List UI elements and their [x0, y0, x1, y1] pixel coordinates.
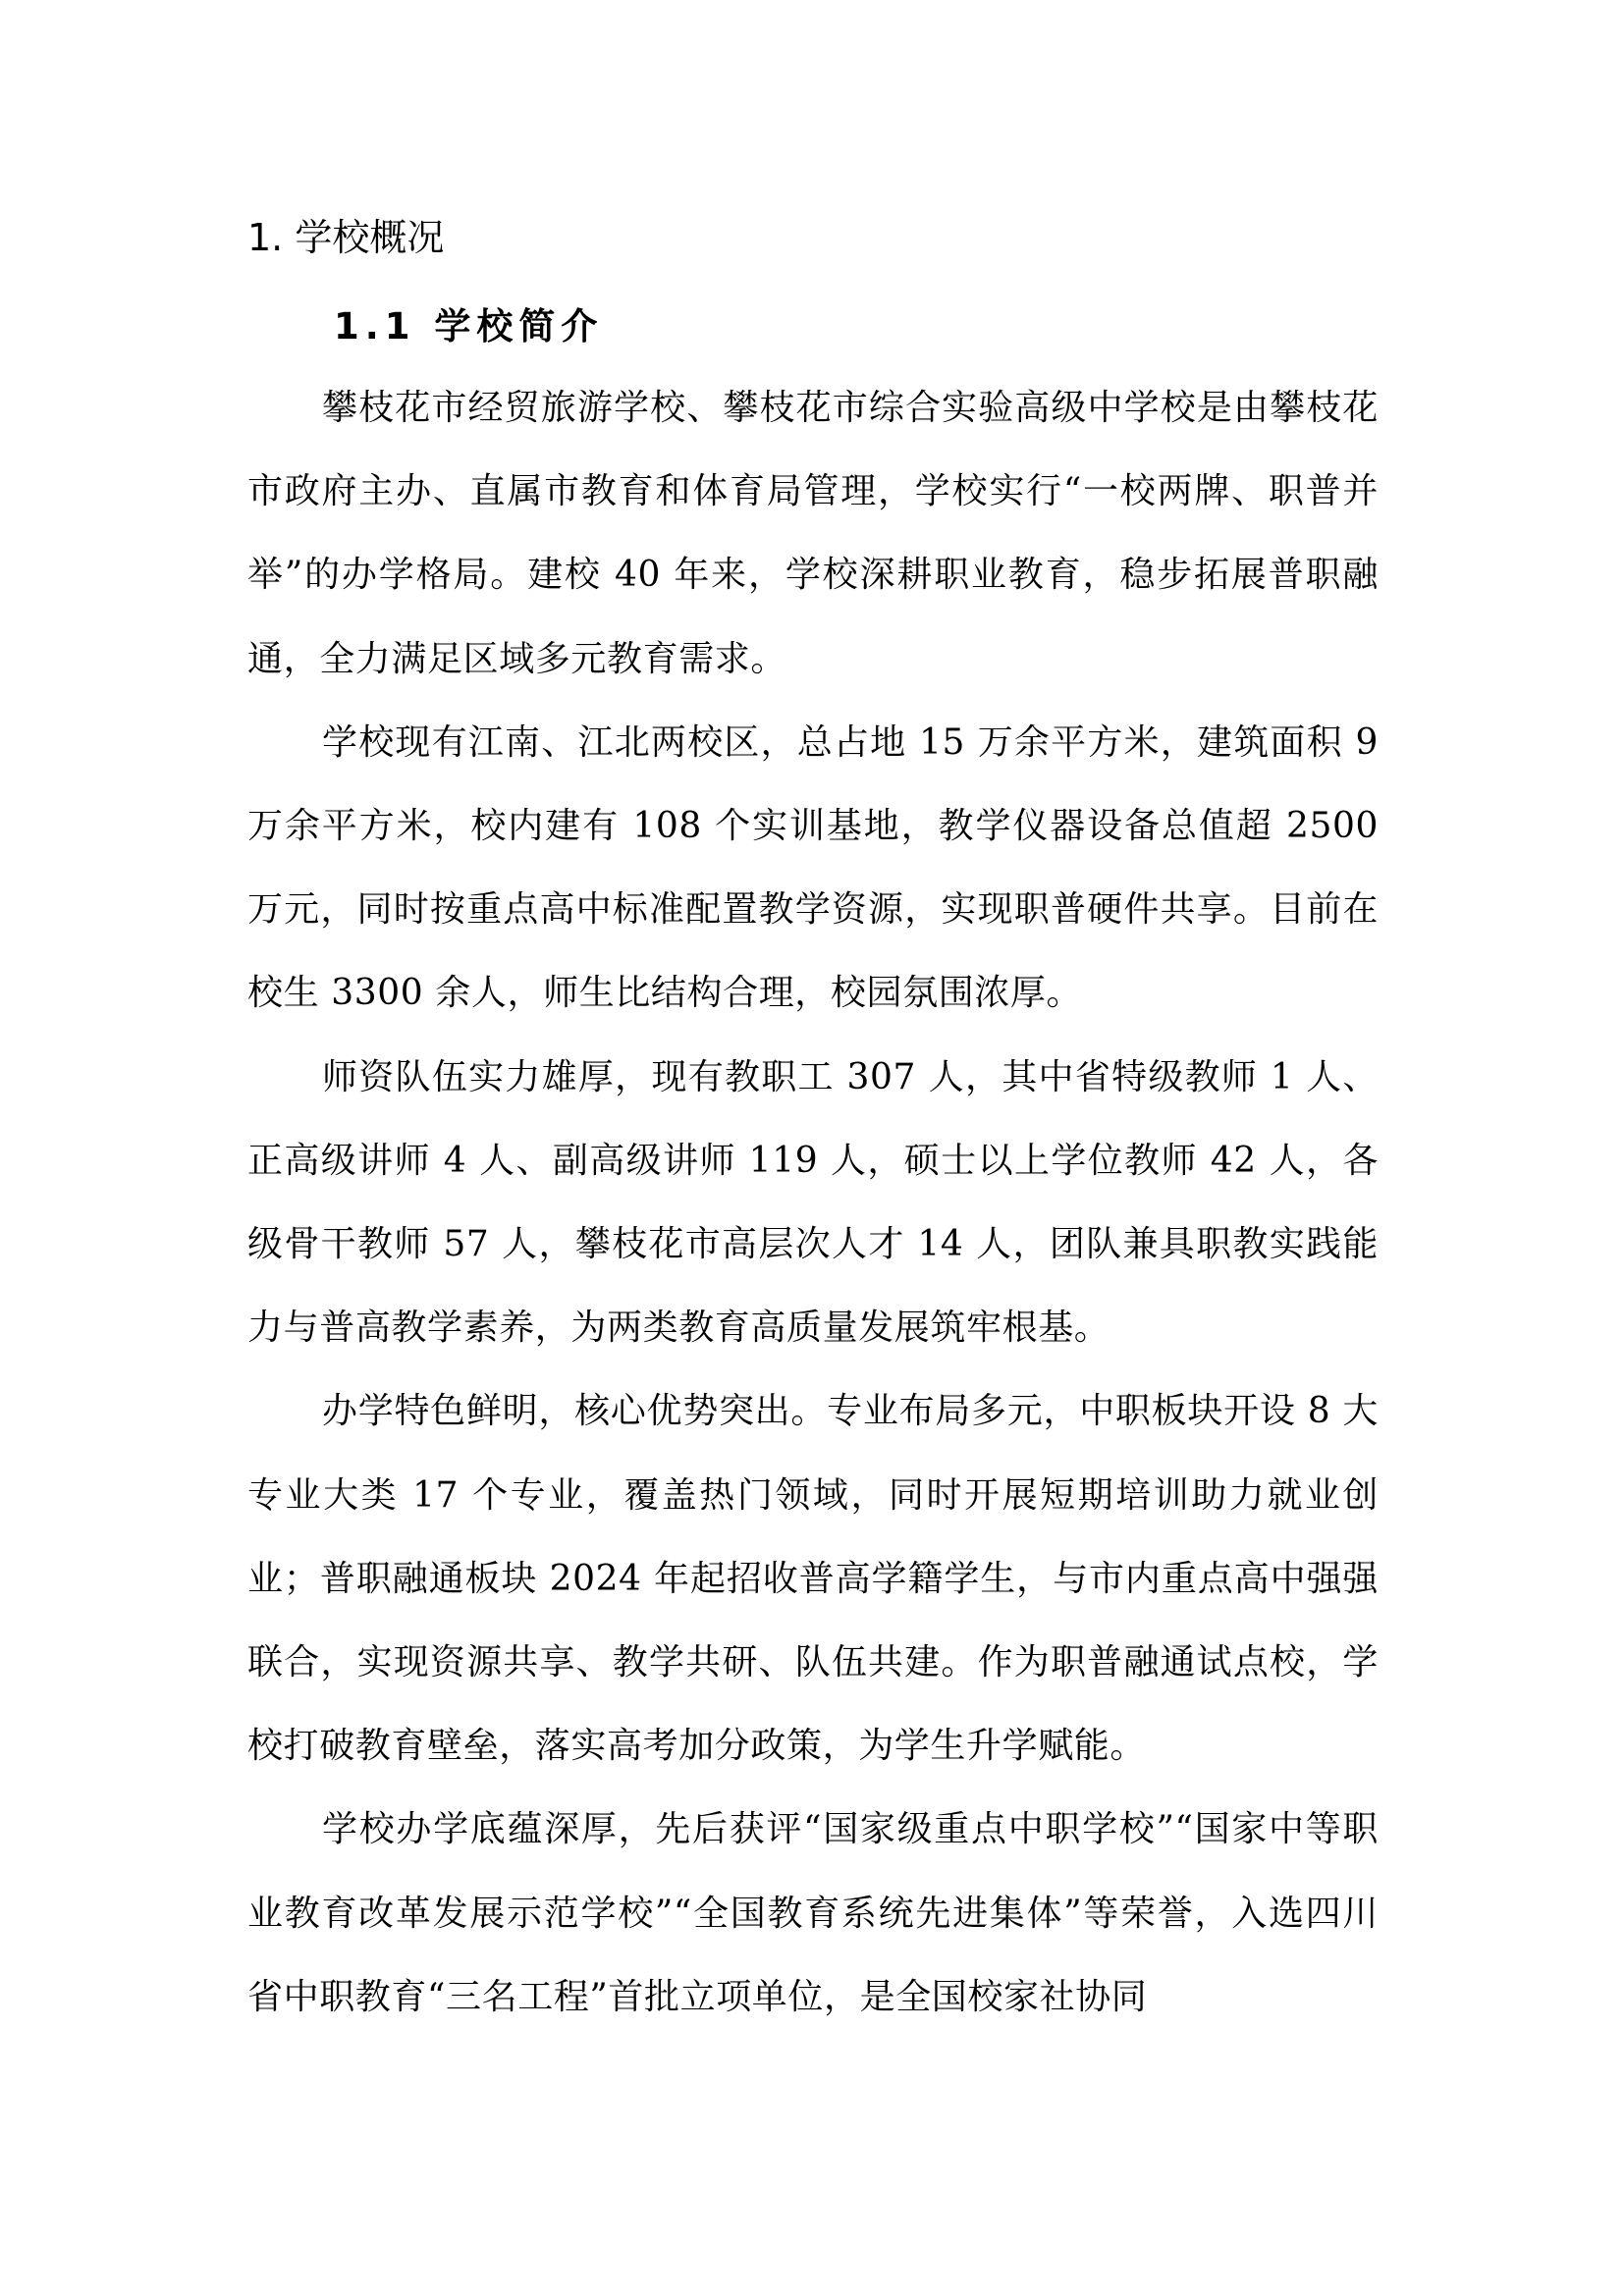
- paragraph-faculty: 师资队伍实力雄厚，现有教职工 307 人，其中省特级教师 1 人、正高级讲师 4…: [247, 1036, 1379, 1370]
- paragraph-honors: 学校办学底蕴深厚，先后获评“国家级重点中职学校”“国家中等职业教育改革发展示范学…: [247, 1788, 1379, 2039]
- document-page: 1. 学校概况 1.1 学校简介 攀枝花市经贸旅游学校、攀枝花市综合实验高级中学…: [0, 0, 1624, 2296]
- paragraph-campus: 学校现有江南、江北两校区，总占地 15 万余平方米，建筑面积 9 万余平方米，校…: [247, 701, 1379, 1036]
- section-heading: 1. 学校概况: [247, 214, 444, 261]
- paragraph-overview: 攀枝花市经贸旅游学校、攀枝花市综合实验高级中学校是由攀枝花市政府主办、直属市教育…: [247, 366, 1379, 701]
- subsection-heading: 1.1 学校简介: [334, 303, 603, 350]
- body-text: 攀枝花市经贸旅游学校、攀枝花市综合实验高级中学校是由攀枝花市政府主办、直属市教育…: [247, 366, 1379, 2039]
- paragraph-features: 办学特色鲜明，核心优势突出。专业布局多元，中职板块开设 8 大专业大类 17 个…: [247, 1369, 1379, 1788]
